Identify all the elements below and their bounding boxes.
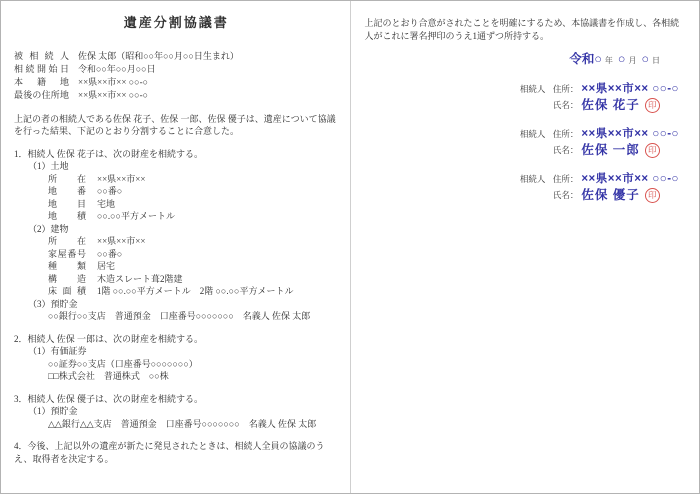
- agreement-page: 遺産分割協議書 被相続人佐保 太郎（昭和○○年○○月○○日生まれ）相続開始日令和…: [1, 1, 351, 493]
- date-year-label: 年: [605, 56, 613, 65]
- field-label: 種類: [48, 260, 86, 273]
- property-field-row: 地番○○番○: [48, 185, 339, 198]
- info-value: 佐保 太郎（昭和○○年○○月○○日生まれ）: [78, 50, 239, 63]
- info-label: 本籍地: [14, 76, 69, 89]
- info-row: 相続開始日令和○○年○○月○○日: [14, 63, 339, 76]
- signer-block: 相続人住所：××県××市×× ○○-○氏名：佐保 一郎印: [520, 126, 679, 158]
- info-row: 被相続人佐保 太郎（昭和○○年○○月○○日生まれ）: [14, 50, 339, 63]
- stamp-icon: 印: [645, 98, 660, 113]
- property-field-row: 所在××県××市××: [48, 235, 339, 248]
- date-month-label: 月: [628, 56, 636, 65]
- date-era-value: 令和○: [569, 52, 602, 66]
- signer-role-label: 相続人: [520, 171, 553, 187]
- signer-block: 相続人住所：××県××市×× ○○-○氏名：佐保 優子印: [520, 171, 679, 203]
- field-label: 家屋番号: [48, 248, 86, 261]
- field-label: 地積: [48, 210, 86, 223]
- section: 3．相続人 佐保 優子は、次の財産を相続する。（1）預貯金△△銀行△△支店 普通…: [14, 393, 339, 431]
- stamp-icon: 印: [645, 143, 660, 158]
- signer-address: ××県××市×× ○○-○: [581, 171, 679, 187]
- property-field-row: 所在××県××市××: [48, 173, 339, 186]
- signer-role-label: 相続人: [520, 81, 553, 97]
- address-label: 住所：: [553, 81, 579, 97]
- signer-name-row: 氏名：佐保 優子印: [520, 187, 679, 203]
- section: 4．今後、上記以外の遺産が新たに発見されたときは、相続人全員の協議のうえ、取得者…: [14, 440, 339, 465]
- signature-page: 上記のとおり合意がされたことを明確にするため、本協議書を作成し、各相続人がこれに…: [351, 1, 700, 493]
- signer-name-row: 氏名：佐保 一郎印: [520, 142, 679, 158]
- field-label: 構造: [48, 273, 86, 286]
- field-label: 所在: [48, 235, 86, 248]
- field-value: 木造スレート葺2階建: [97, 273, 183, 286]
- signer-block: 相続人住所：××県××市×× ○○-○氏名：佐保 花子印: [520, 81, 679, 113]
- field-value: 1階 ○○.○○平方メートル 2階 ○○.○○平方メートル: [97, 285, 294, 298]
- date-day-label: 日: [652, 56, 660, 65]
- detail-line: ○○銀行○○支店 普通預金 口座番号○○○○○○○ 名義人 佐保 太郎: [48, 310, 339, 323]
- info-value: ××県××市×× ○○-○: [78, 89, 148, 102]
- property-field-row: 床面積1階 ○○.○○平方メートル 2階 ○○.○○平方メートル: [48, 285, 339, 298]
- date-day-value: ○: [641, 52, 649, 66]
- field-value: ○○番○: [97, 248, 122, 261]
- detail-line: ○○証券○○支店（口座番号○○○○○○○）: [48, 358, 339, 371]
- subsection-title: （3）預貯金: [28, 298, 339, 311]
- property-field-row: 地積○○.○○平方メートル: [48, 210, 339, 223]
- info-value: 令和○○年○○月○○日: [78, 63, 156, 76]
- field-value: ○○番○: [97, 185, 122, 198]
- section: 1．相続人 佐保 花子は、次の財産を相続する。（1）土地所在××県××市××地番…: [14, 148, 339, 323]
- date-line: 令和○年○月○日: [365, 51, 688, 69]
- property-field-row: 種類居宅: [48, 260, 339, 273]
- document-title: 遺産分割協議書: [14, 17, 339, 30]
- intro-paragraph: 上記の者の相続人である佐保 花子、佐保 一郎、佐保 優子は、遺産について協議を行…: [14, 113, 339, 138]
- section-heading: 1．相続人 佐保 花子は、次の財産を相続する。: [14, 148, 339, 161]
- subsection-title: （1）預貯金: [28, 405, 339, 418]
- address-label: 住所：: [553, 126, 579, 142]
- name-label: 氏名：: [553, 142, 579, 158]
- signer-name: 佐保 一郎: [581, 142, 639, 158]
- section-heading: 2．相続人 佐保 一郎は、次の財産を相続する。: [14, 333, 339, 346]
- field-label: 地番: [48, 185, 86, 198]
- field-value: 居宅: [97, 260, 115, 273]
- subsection-title: （1）有価証券: [28, 345, 339, 358]
- date-month-value: ○: [618, 52, 626, 66]
- signer-address: ××県××市×× ○○-○: [581, 126, 679, 142]
- detail-line: △△銀行△△支店 普通預金 口座番号○○○○○○○ 名義人 佐保 太郎: [48, 418, 339, 431]
- section-heading: 3．相続人 佐保 優子は、次の財産を相続する。: [14, 393, 339, 406]
- signer-address: ××県××市×× ○○-○: [581, 81, 679, 97]
- closing-paragraph: 上記のとおり合意がされたことを明確にするため、本協議書を作成し、各相続人がこれに…: [365, 17, 688, 42]
- info-row: 本籍地××県××市×× ○○-○: [14, 76, 339, 89]
- name-label: 氏名：: [553, 187, 579, 203]
- field-value: ××県××市××: [97, 173, 145, 186]
- subsection-title: （2）建物: [28, 223, 339, 236]
- signer-address-row: 相続人住所：××県××市×× ○○-○: [520, 81, 679, 97]
- stamp-icon: 印: [645, 188, 660, 203]
- info-label: 最後の住所地: [14, 89, 69, 102]
- property-field-row: 構造木造スレート葺2階建: [48, 273, 339, 286]
- property-field-row: 家屋番号○○番○: [48, 248, 339, 261]
- section-list: 1．相続人 佐保 花子は、次の財産を相続する。（1）土地所在××県××市××地番…: [14, 148, 339, 466]
- field-value: 宅地: [97, 198, 115, 211]
- field-label: 地目: [48, 198, 86, 211]
- signer-name: 佐保 花子: [581, 97, 639, 113]
- detail-line: □□株式会社 普通株式 ○○株: [48, 370, 339, 383]
- decedent-info: 被相続人佐保 太郎（昭和○○年○○月○○日生まれ）相続開始日令和○○年○○月○○…: [14, 50, 339, 102]
- address-label: 住所：: [553, 171, 579, 187]
- signer-name: 佐保 優子: [581, 187, 639, 203]
- signer-address-row: 相続人住所：××県××市×× ○○-○: [520, 171, 679, 187]
- subsection-title: （1）土地: [28, 160, 339, 173]
- name-label: 氏名：: [553, 97, 579, 113]
- section-heading: 4．今後、上記以外の遺産が新たに発見されたときは、相続人全員の協議のうえ、取得者…: [14, 440, 339, 465]
- signer-role-label: 相続人: [520, 126, 553, 142]
- signer-list: 相続人住所：××県××市×× ○○-○氏名：佐保 花子印相続人住所：××県××市…: [365, 81, 688, 203]
- section: 2．相続人 佐保 一郎は、次の財産を相続する。（1）有価証券○○証券○○支店（口…: [14, 333, 339, 383]
- field-label: 床面積: [48, 285, 86, 298]
- field-label: 所在: [48, 173, 86, 186]
- info-value: ××県××市×× ○○-○: [78, 76, 148, 89]
- info-label: 相続開始日: [14, 63, 69, 76]
- info-label: 被相続人: [14, 50, 69, 63]
- signer-address-row: 相続人住所：××県××市×× ○○-○: [520, 126, 679, 142]
- field-value: ○○.○○平方メートル: [97, 210, 175, 223]
- info-row: 最後の住所地××県××市×× ○○-○: [14, 89, 339, 102]
- property-field-row: 地目宅地: [48, 198, 339, 211]
- field-value: ××県××市××: [97, 235, 145, 248]
- document-spread: 遺産分割協議書 被相続人佐保 太郎（昭和○○年○○月○○日生まれ）相続開始日令和…: [0, 0, 700, 494]
- signer-name-row: 氏名：佐保 花子印: [520, 97, 679, 113]
